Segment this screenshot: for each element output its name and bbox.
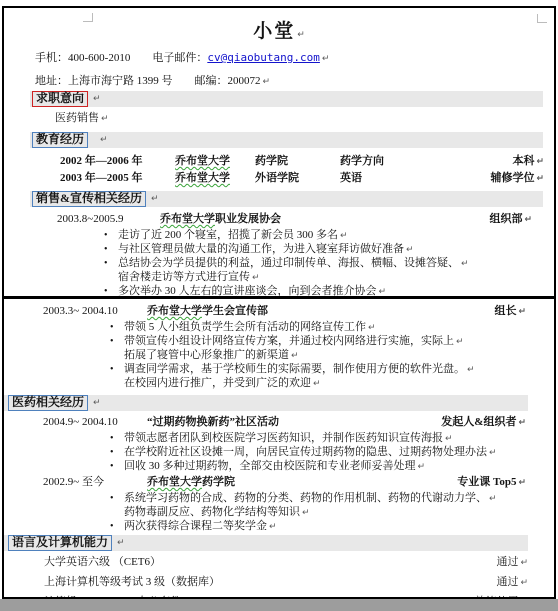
text-boundary-corner-right-icon	[537, 14, 547, 23]
paragraph-mark: ↵	[536, 157, 544, 167]
section-header-sales: 销售&宣传相关经历	[32, 191, 146, 207]
paragraph-mark: ↵	[368, 323, 376, 333]
paragraph-mark: ↵	[291, 351, 299, 361]
skill-row: 大学英语六级 （CET6） 通过↵	[4, 553, 554, 573]
education-period: 2002 年—2006 年	[60, 155, 175, 169]
bullet-continuation-line: 拓展了寝管中心形象推广的新渠道↵	[4, 349, 554, 363]
experience-org: “过期药物换新药”社区活动	[147, 416, 441, 430]
paragraph-mark: ↵	[263, 77, 271, 87]
paragraph-mark: ↵	[93, 398, 101, 408]
education-row: 2002 年—2006 年 乔布堂大学 药学院 药学方向 本科↵	[4, 155, 554, 169]
resume-page-1: 小堂↵ 手机：400-600-2010电子邮件：cv@qiaobutang.co…	[2, 6, 556, 298]
skill-row: 上海计算机等级考试 3 级（数据库） 通过↵	[4, 573, 554, 593]
org-underlined-part: 乔布堂大学	[160, 213, 215, 225]
education-degree: 本科↵	[512, 155, 544, 169]
paragraph-mark: ↵	[456, 337, 464, 347]
paragraph-mark: ↵	[445, 434, 453, 444]
experience-period: 2004.9~ 2004.10	[43, 416, 147, 430]
experience-role: 专业课 Top5↵	[457, 476, 526, 490]
bullet-line: •总结协会为学员提供的利益，通过印制传单、海报、横幅、设摊答疑、↵	[4, 257, 554, 271]
bullet-text: 走访了近 200 个寝室，招揽了新会员 300 多名	[118, 229, 338, 241]
address-value: 上海市海宁路 1399 号	[68, 75, 173, 87]
bullet-text: 与社区管理员做大量的沟通工作，为进入寝室拜访做好准备	[118, 243, 404, 255]
bullet-line: •走访了近 200 个寝室，招揽了新会员 300 多名↵	[4, 229, 554, 243]
bullet-continuation-line: 在校园内进行推广，并受到广泛的欢迎↵	[4, 377, 554, 391]
paragraph-mark: ↵	[418, 462, 426, 472]
address-label: 地址：	[35, 75, 68, 87]
paragraph-mark: ↵	[461, 259, 469, 269]
bullet-continuation-line: 宿舍楼走访等方式进行宣传↵	[4, 271, 554, 285]
org-rest: 学生会宣传部	[202, 305, 268, 317]
section-header-objective: 求职意向	[32, 91, 88, 107]
org-underlined-part: 乔布堂大学	[147, 476, 202, 488]
bullet-line: •带领 5 人小组负责学生会所有活动的网络宣传工作↵	[4, 321, 554, 335]
phone-label: 手机：	[35, 52, 68, 64]
bullet-line: •系统学习药物的合成、药物的分类、药物的作用机制、药物的代谢动力学、↵	[4, 492, 554, 506]
section-header-language-computer: 语言及计算机能力	[8, 535, 112, 551]
bullet-text: 总结协会为学员提供的利益，通过印制传单、海报、横幅、设摊答疑、	[118, 257, 459, 269]
section-bar-education: 教育经历↵	[30, 132, 543, 148]
section-header-medical: 医药相关经历	[8, 395, 88, 411]
paragraph-mark: ↵	[520, 578, 528, 588]
resume-page-2: 2003.3~ 2004.10 乔布堂大学学生会宣传部 组长↵ •带领 5 人小…	[2, 297, 556, 599]
experience-period: 2002.9~ 至今	[43, 476, 147, 490]
org-underlined-part: 乔布堂大学	[147, 305, 202, 317]
education-school: 乔布堂大学	[175, 172, 255, 186]
skill-level-text: 通过	[496, 576, 518, 588]
bullet-line: •回收 30 多种过期药物，全部交由校医院和专业老师妥善处理↵	[4, 460, 554, 474]
email-link[interactable]: cv@qiaobutang.com	[207, 51, 320, 64]
education-college: 药学院	[255, 155, 340, 169]
experience-org: 乔布堂大学药学院	[147, 476, 457, 490]
bullet-line: •带领志愿者团队到校医院学习医药知识，并制作医药知识宣传海报↵	[4, 432, 554, 446]
paragraph-mark: ↵	[322, 54, 330, 64]
paragraph-mark: ↵	[379, 287, 387, 297]
contact-line-phone-email: 手机：400-600-2010电子邮件：cv@qiaobutang.com↵	[4, 51, 554, 66]
experience-period: 2003.8~2005.9	[57, 213, 160, 227]
bullet-icon: •	[110, 321, 114, 334]
section-bar-sales: 销售&宣传相关经历↵	[30, 191, 543, 207]
bullet-text: 回收 30 多种过期药物，全部交由校医院和专业老师妥善处理	[124, 460, 416, 472]
experience-role: 发起人&组织者↵	[441, 416, 526, 430]
objective-text: 医药销售	[55, 112, 99, 124]
bullet-line: •与社区管理员做大量的沟通工作，为进入寝室拜访做好准备↵	[4, 243, 554, 257]
bullet-text: 药物毒副反应、药物化学结构等知识	[124, 506, 300, 518]
experience-bullets: •系统学习药物的合成、药物的分类、药物的作用机制、药物的代谢动力学、↵ 药物毒副…	[4, 492, 554, 534]
contact-line-address-zip: 地址：上海市海宁路 1399 号邮编：200072↵	[4, 74, 554, 89]
paragraph-mark: ↵	[313, 379, 321, 389]
paragraph-mark: ↵	[536, 174, 544, 184]
bullet-text: 带领宣传小组设计网络宣传方案，并通过校内网络进行实施，实际上	[124, 335, 454, 347]
bullet-line: •在学校附近社区设摊一周，向居民宣传过期药物的隐患、过期药物处理办法↵	[4, 446, 554, 460]
bullet-text: 系统学习药物的合成、药物的分类、药物的作用机制、药物的代谢动力学、	[124, 492, 487, 504]
education-major: 药学方向	[340, 155, 512, 169]
experience-role: 组织部↵	[489, 213, 532, 227]
org-rest: “过期药物换新药”社区活动	[147, 416, 279, 428]
education-major: 英语	[340, 172, 490, 186]
bullet-icon: •	[110, 446, 114, 459]
bullet-line: •调查同学需求，基于学校师生的实际需要，制作使用方便的软件光盘。↵	[4, 363, 554, 377]
degree-text: 辅修学位	[490, 172, 534, 184]
objective-value: 医药销售↵	[4, 112, 554, 126]
bullet-icon: •	[110, 520, 114, 533]
skill-level-text: 通过	[496, 556, 518, 568]
skill-level: 通过↵	[496, 573, 528, 593]
bullet-text: 拓展了寝管中心形象推广的新渠道	[124, 349, 289, 361]
role-text: 组织部	[489, 213, 522, 225]
paragraph-mark: ↵	[467, 365, 475, 375]
paragraph-mark: ↵	[406, 245, 414, 255]
section-bar-language-computer: 语言及计算机能力↵	[4, 535, 528, 551]
paragraph-mark: ↵	[302, 508, 310, 518]
paragraph-mark: ↵	[520, 558, 528, 568]
bullet-icon: •	[104, 229, 108, 242]
experience-bullets: •带领志愿者团队到校医院学习医药知识，并制作医药知识宣传海报↵ •在学校附近社区…	[4, 432, 554, 474]
bullet-text: 多次举办 30 人左右的宣讲座谈会，向到会者推介协会	[118, 285, 377, 297]
paragraph-mark: ↵	[151, 194, 159, 204]
role-text: 发起人&组织者	[441, 416, 516, 428]
paragraph-mark: ↵	[340, 231, 348, 241]
bullet-icon: •	[104, 243, 108, 256]
bullet-text: 两次获得综合课程二等奖学金	[124, 520, 267, 532]
experience-heading: 2002.9~ 至今 乔布堂大学药学院 专业课 Top5↵	[4, 476, 554, 490]
paragraph-mark: ↵	[101, 114, 109, 124]
bullet-text: 调查同学需求，基于学校师生的实际需要，制作使用方便的软件光盘。	[124, 363, 465, 375]
screenshot-bottom-edge	[0, 599, 558, 611]
skill-item: 上海计算机等级考试 3 级（数据库）	[44, 573, 220, 593]
education-period: 2003 年—2005 年	[60, 172, 175, 186]
email-label: 电子邮件：	[152, 52, 207, 64]
paragraph-mark: ↵	[117, 538, 125, 548]
experience-heading: 2003.3~ 2004.10 乔布堂大学学生会宣传部 组长↵	[4, 305, 554, 319]
role-text: 组长	[494, 305, 516, 317]
experience-role: 组长↵	[494, 305, 526, 319]
skill-item: 大学英语六级 （CET6）	[44, 553, 161, 573]
bullet-icon: •	[110, 363, 114, 376]
phone-value: 400-600-2010	[68, 52, 130, 64]
bullet-text: 带领 5 人小组负责学生会所有活动的网络宣传工作	[124, 321, 366, 333]
section-bar-medical: 医药相关经历↵	[4, 395, 528, 411]
role-text: 专业课 Top5	[457, 476, 516, 488]
bullet-continuation-line: 药物毒副反应、药物化学结构等知识↵	[4, 506, 554, 520]
bullet-text: 宿舍楼走访等方式进行宣传	[118, 271, 250, 283]
text-boundary-corner-left-icon	[83, 13, 93, 22]
paragraph-mark: ↵	[93, 94, 101, 104]
experience-heading: 2004.9~ 2004.10 “过期药物换新药”社区活动 发起人&组织者↵	[4, 416, 554, 430]
education-college: 外语学院	[255, 172, 340, 186]
experience-period: 2003.3~ 2004.10	[43, 305, 147, 319]
zip-label: 邮编：	[195, 75, 228, 87]
section-header-education: 教育经历	[32, 132, 88, 148]
org-rest: 职业发展协会	[215, 213, 281, 225]
resume-name-row: 小堂↵	[4, 21, 554, 43]
paragraph-mark: ↵	[524, 215, 532, 225]
bullet-icon: •	[110, 335, 114, 348]
resume-name: 小堂	[253, 21, 295, 42]
skill-level: 通过↵	[496, 553, 528, 573]
education-row: 2003 年—2005 年 乔布堂大学 外语学院 英语 辅修学位↵	[4, 172, 554, 186]
section-bar-objective: 求职意向↵	[30, 91, 543, 107]
bullet-text: 在校园内进行推广，并受到广泛的欢迎	[124, 377, 311, 389]
bullet-icon: •	[104, 257, 108, 270]
zip-value: 200072	[228, 75, 261, 87]
bullet-icon: •	[110, 432, 114, 445]
bullet-text: 带领志愿者团队到校医院学习医药知识，并制作医药知识宣传海报	[124, 432, 443, 444]
paragraph-mark: ↵	[100, 135, 108, 145]
paragraph-mark: ↵	[489, 494, 497, 504]
experience-heading: 2003.8~2005.9 乔布堂大学职业发展协会 组织部↵	[4, 213, 554, 227]
paragraph-mark: ↵	[252, 273, 260, 283]
education-school: 乔布堂大学	[175, 155, 255, 169]
bullet-line: •两次获得综合课程二等奖学金↵	[4, 520, 554, 534]
degree-text: 本科	[512, 155, 534, 167]
paragraph-mark: ↵	[269, 522, 277, 532]
experience-bullets: •走访了近 200 个寝室，招揽了新会员 300 多名↵ •与社区管理员做大量的…	[4, 229, 554, 298]
skills-list: 大学英语六级 （CET6） 通过↵ 上海计算机等级考试 3 级（数据库） 通过↵…	[4, 553, 554, 599]
paragraph-mark: ↵	[518, 307, 526, 317]
experience-bullets: •带领 5 人小组负责学生会所有活动的网络宣传工作↵ •带领宣传小组设计网络宣传…	[4, 321, 554, 391]
experience-org: 乔布堂大学学生会宣传部	[147, 305, 494, 319]
paragraph-mark: ↵	[518, 418, 526, 428]
paragraph-mark: ↵	[297, 30, 305, 40]
bullet-line: •带领宣传小组设计网络宣传方案，并通过校内网络进行实施，实际上↵	[4, 335, 554, 349]
paragraph-mark: ↵	[518, 478, 526, 488]
experience-org: 乔布堂大学职业发展协会	[160, 213, 489, 227]
bullet-icon: •	[110, 492, 114, 505]
education-degree: 辅修学位↵	[490, 172, 544, 186]
paragraph-mark: ↵	[489, 448, 497, 458]
bullet-text: 在学校附近社区设摊一周，向居民宣传过期药物的隐患、过期药物处理办法	[124, 446, 487, 458]
org-rest: 药学院	[202, 476, 235, 488]
bullet-icon: •	[110, 460, 114, 473]
